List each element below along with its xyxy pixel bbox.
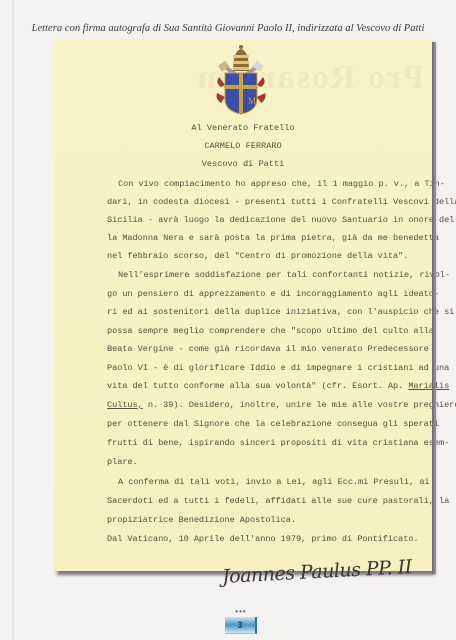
letter-line: vita del tutto conforme alla sua volontà…: [107, 381, 449, 391]
letter-line: per ottenere dal Signore che la celebraz…: [107, 419, 439, 429]
letter-line: Nell'esprimere soddisfazione per tali co…: [118, 270, 450, 280]
letter-line: Dal Vaticano, 10 Aprile dell'anno 1979, …: [107, 534, 419, 544]
citation-title: Cultus,: [107, 400, 143, 410]
salutation: Al Venerato Fratello: [54, 123, 432, 133]
letter-line: dari, in codesta diocesi - presenti tutt…: [107, 197, 456, 207]
letter-line: propiziatrice Benedizione Apostolica.: [107, 515, 296, 525]
letter-line: Sacerdoti ed a tutti i fedeli, affidati …: [107, 496, 449, 506]
letter-line-text: vita del tutto conforme alla sua volontà…: [107, 381, 403, 391]
citation-title: Marialis: [408, 381, 449, 391]
letter-line: Paolo VI - è di glorificare Iddio e di i…: [107, 363, 449, 373]
letter-line: go un pensiero di apprezzamento e di inc…: [107, 289, 439, 299]
letter-line-text: n. 39). Desidero, inoltre, unire le mie …: [148, 400, 456, 410]
letter-line: A conferma di tali voti, invio a Lei, ag…: [118, 477, 430, 487]
papal-coat-of-arms-icon: M: [211, 41, 271, 115]
letter-paper: Pro Rosarium M Al Venerato Fratello CARM…: [54, 39, 432, 571]
letter-line: nel febbraio scorso, del "Centro di prom…: [107, 251, 408, 261]
letter-line: Cultus, n. 39). Desidero, inoltre, unire…: [107, 400, 456, 410]
page-caption: Lettera con firma autografa di Sua Santi…: [0, 23, 456, 34]
page-margin-rule: [12, 0, 14, 640]
letter-line: possa sempre meglio comprendere che "sco…: [107, 326, 434, 336]
recipient-title: Vescovo di Patti: [54, 159, 432, 169]
letter-line: ri ed ai sostenitori della duplice inizi…: [107, 307, 454, 317]
letter-line: Con vivo compiacimento ho appreso che, i…: [118, 179, 445, 189]
papal-signature: Joannes Paulus PP. II: [222, 556, 413, 588]
recipient-name: CARMELO FERRARO: [54, 141, 432, 151]
page-dots: •••: [231, 609, 251, 615]
svg-text:M: M: [248, 96, 256, 106]
letter-line: Sicilia - avrà luogo la dedicazione del …: [107, 215, 456, 225]
letter-line: la Madonna Nera e sarà posta la prima pi…: [107, 233, 439, 243]
page-number-badge: 3: [225, 617, 257, 634]
letter-line: Beata Vergine - come già ricordava il mi…: [107, 344, 429, 354]
letter-line: frutti di bene, ispirando sinceri propos…: [107, 438, 449, 448]
letter-line: plare.: [107, 457, 138, 467]
